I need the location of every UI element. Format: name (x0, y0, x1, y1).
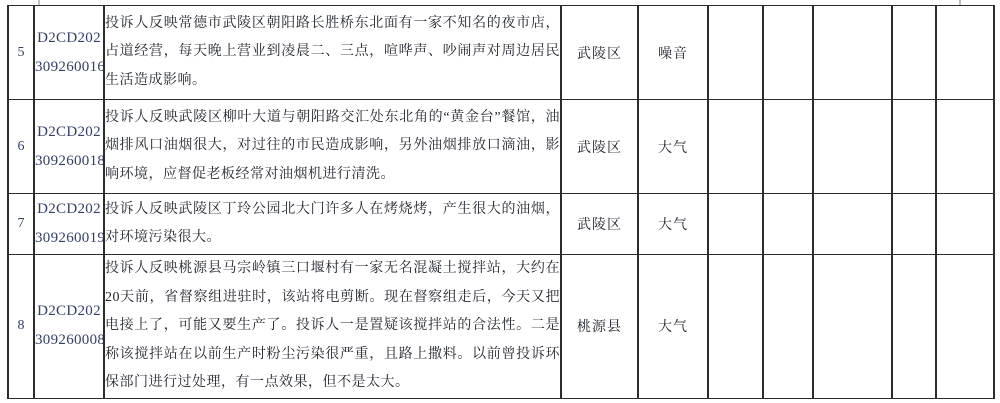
complaint-id-line: D2CD202 (35, 297, 103, 326)
empty-cell (763, 194, 813, 255)
complaint-id-cell: D2CD202 309260018 (34, 100, 104, 194)
complaint-id-line: 309260018 (35, 147, 103, 176)
complaint-id-cell: D2CD202 309260008 (34, 255, 104, 399)
empty-cell (708, 255, 763, 399)
row-number-cell: 8 (8, 255, 34, 399)
empty-cell (892, 255, 936, 399)
empty-cell (813, 255, 892, 399)
complaint-id-cell: D2CD202 309260016 (34, 6, 104, 100)
complaint-id-cell: D2CD202 309260019 (34, 194, 104, 255)
row-number-cell: 7 (8, 194, 34, 255)
empty-cell (763, 6, 813, 100)
complaint-text-cell: 投诉人反映武陵区丁玲公园北大门许多人在烤烧烤，产生很大的油烟，对环境污染很大。 (104, 194, 561, 255)
complaint-text-cell: 投诉人反映武陵区柳叶大道与朝阳路交汇处东北角的“黄金台”餐馆，油烟排风口油烟很大… (104, 100, 561, 194)
complaint-id-line: D2CD202 (35, 195, 103, 224)
district-cell: 桃源县 (561, 255, 638, 399)
complaint-id-line: 309260019 (35, 224, 103, 253)
empty-cell (708, 6, 763, 100)
table-row: 7 D2CD202 309260019 投诉人反映武陵区丁玲公园北大门许多人在烤… (8, 194, 994, 255)
category-cell: 噪音 (638, 6, 708, 100)
table-row: 8 D2CD202 309260008 投诉人反映桃源县马宗岭镇三口堰村有一家无… (8, 255, 994, 399)
empty-cell (936, 255, 994, 399)
table-row: 6 D2CD202 309260018 投诉人反映武陵区柳叶大道与朝阳路交汇处东… (8, 100, 994, 194)
complaint-id-line: 309260008 (35, 326, 103, 355)
category-cell: 大气 (638, 255, 708, 399)
district-cell: 武陵区 (561, 100, 638, 194)
category-cell: 大气 (638, 194, 708, 255)
empty-cell (813, 100, 892, 194)
empty-cell (936, 194, 994, 255)
category-cell: 大气 (638, 100, 708, 194)
empty-cell (892, 6, 936, 100)
empty-cell (813, 194, 892, 255)
document-page: 5 D2CD202 309260016 投诉人反映常德市武陵区朝阳路长胜桥东北面… (0, 0, 1000, 403)
empty-cell (763, 255, 813, 399)
complaints-table: 5 D2CD202 309260016 投诉人反映常德市武陵区朝阳路长胜桥东北面… (7, 5, 995, 399)
empty-cell (708, 100, 763, 194)
complaint-id-line: D2CD202 (35, 118, 103, 147)
complaint-id-line: D2CD202 (35, 24, 103, 53)
complaint-id-line: 309260016 (35, 53, 103, 82)
row-number-cell: 5 (8, 6, 34, 100)
empty-cell (892, 100, 936, 194)
table-row: 5 D2CD202 309260016 投诉人反映常德市武陵区朝阳路长胜桥东北面… (8, 6, 994, 100)
complaint-text-cell: 投诉人反映常德市武陵区朝阳路长胜桥东北面有一家不知名的夜市店，占道经营，每天晚上… (104, 6, 561, 100)
district-cell: 武陵区 (561, 194, 638, 255)
empty-cell (708, 194, 763, 255)
empty-cell (813, 6, 892, 100)
empty-cell (936, 100, 994, 194)
empty-cell (763, 100, 813, 194)
row-number-cell: 6 (8, 100, 34, 194)
complaint-text-cell: 投诉人反映桃源县马宗岭镇三口堰村有一家无名混凝土搅拌站，大约在20天前，省督察组… (104, 255, 561, 399)
empty-cell (892, 194, 936, 255)
empty-cell (936, 6, 994, 100)
district-cell: 武陵区 (561, 6, 638, 100)
